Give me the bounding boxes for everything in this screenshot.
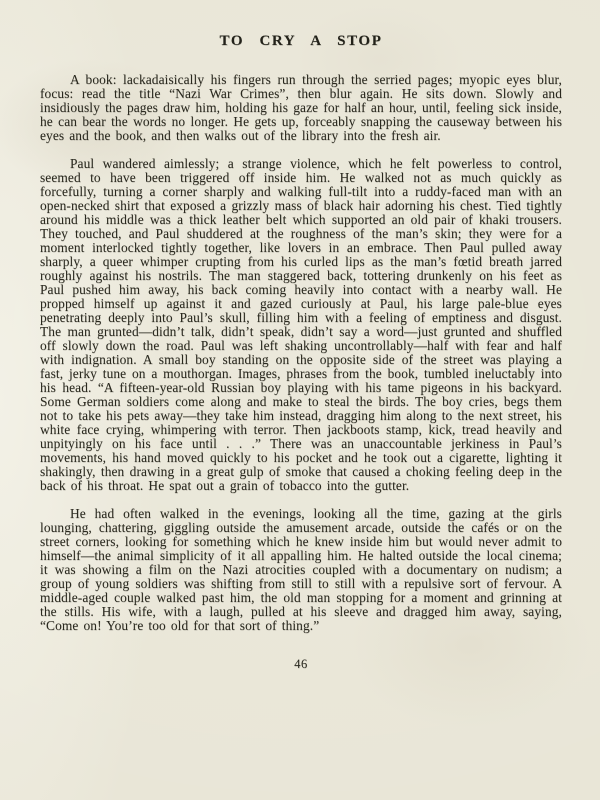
page-title: TO CRY A STOP (40, 33, 562, 50)
page-number: 46 (40, 657, 562, 672)
paragraph-3: He had often walked in the evenings, loo… (40, 507, 562, 633)
book-page-scan: TO CRY A STOP A book: lackadaisically hi… (0, 0, 600, 800)
paragraph-2: Paul wandered aimlessly; a strange viole… (40, 157, 562, 493)
page-content: TO CRY A STOP A book: lackadaisically hi… (0, 0, 600, 672)
paragraph-1: A book: lackadaisically his fingers run … (40, 73, 562, 143)
